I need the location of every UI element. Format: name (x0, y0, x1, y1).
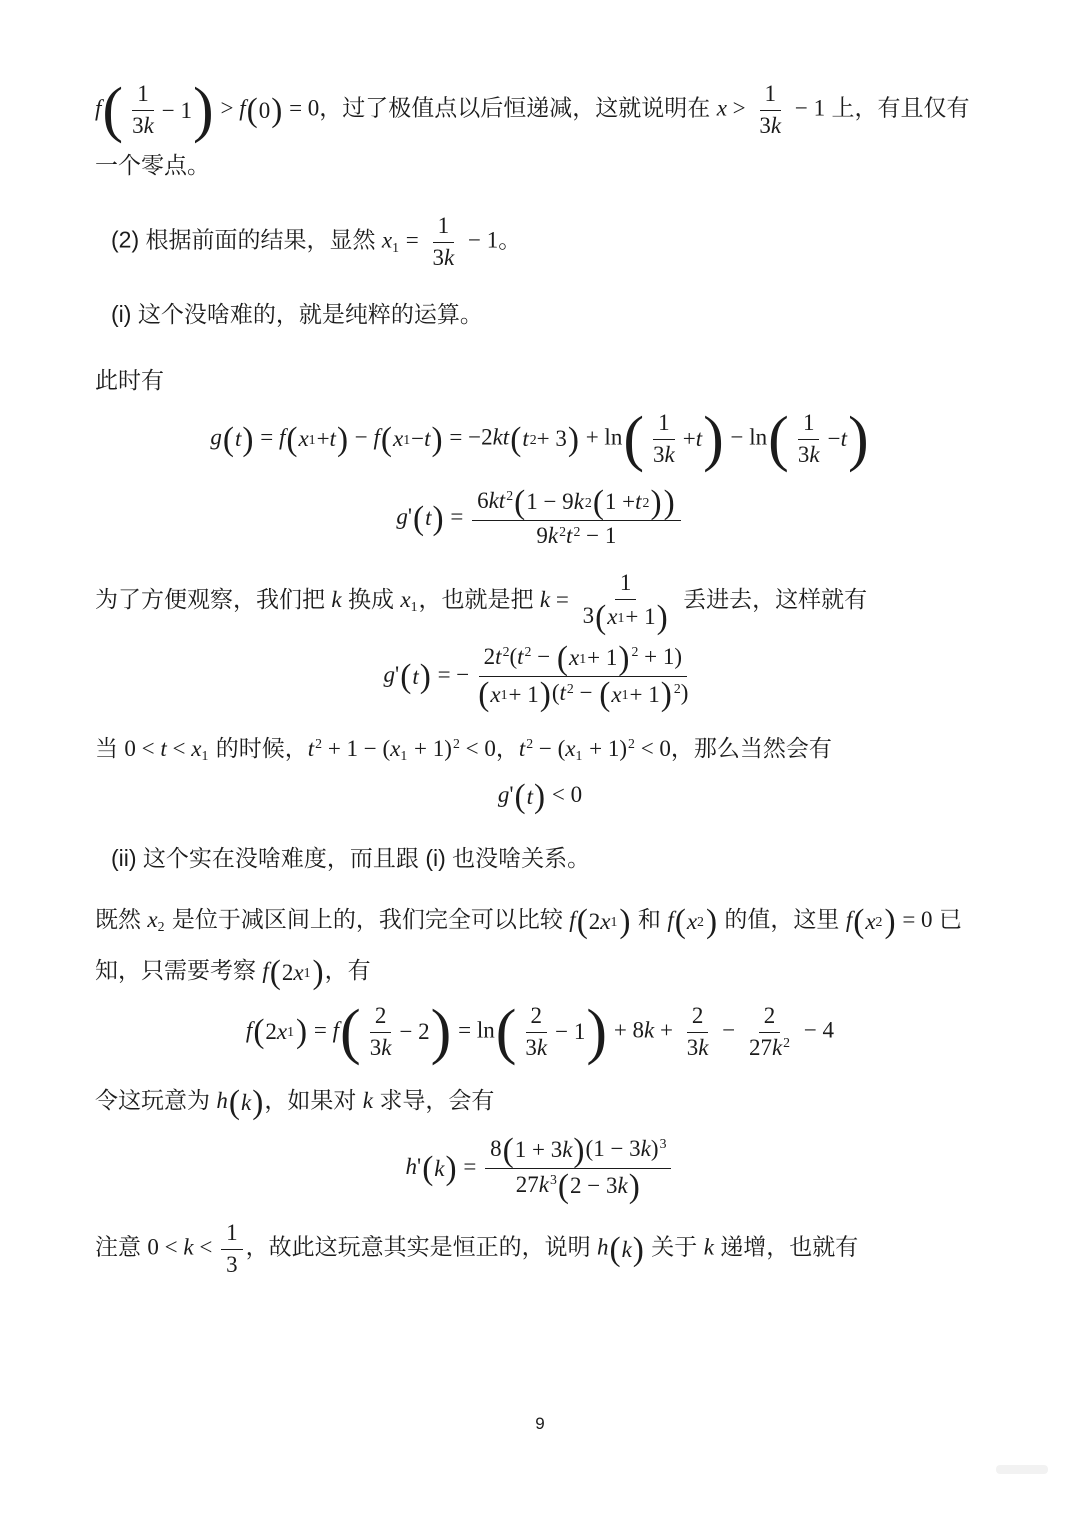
math-parentheses: (2x1) (269, 948, 325, 997)
math-superscript: 3 (660, 1136, 667, 1151)
math-fraction: 13 (221, 1219, 243, 1280)
math-superscript: 2 (674, 681, 681, 696)
equation-g-derivative: g'(t) = 6kt2(1 − 9k2(1 + t2))9k2t2 − 1 (95, 486, 985, 551)
math-variable: g (498, 782, 510, 807)
fraction-numerator: 1 (615, 569, 637, 600)
math-variable: kt (493, 425, 510, 450)
close-paren-icon: ) (336, 423, 349, 456)
fraction-denominator: 3k (365, 1033, 397, 1063)
math-run: − 1 (555, 1016, 585, 1048)
open-paren-icon: ( (495, 1006, 518, 1059)
math-variable: k (704, 1235, 714, 1260)
text-run: 丢进去，这样就有 (677, 586, 867, 612)
math-run: 3 (583, 603, 595, 628)
math-parentheses: (13k − t) (767, 409, 869, 470)
math-run: = (308, 1017, 332, 1042)
open-paren-icon: ( (222, 423, 235, 456)
fraction-denominator: (x1 + 1)(t2 − (x1 + 1)2) (472, 677, 693, 711)
text-run: ，有 (325, 957, 371, 983)
math-run: − (574, 680, 598, 705)
math-run: 3 (226, 1252, 238, 1277)
math-variable: k (363, 1088, 373, 1113)
fraction-numerator: 1 (221, 1219, 243, 1250)
paren-body: 1 + 3k (515, 1136, 573, 1165)
close-paren-icon: ) (270, 94, 283, 127)
fraction-numerator: 6kt2(1 − 9k2(1 + t2)) (472, 486, 681, 521)
math-fraction: 2t2(t2 − (x1 + 1)2 + 1)(x1 + 1)(t2 − (x1… (472, 642, 693, 712)
math-run: + 3 (537, 423, 567, 455)
math-superscript: 2 (567, 681, 574, 696)
math-run: < 0 (546, 782, 582, 807)
math-variable: x (298, 423, 308, 455)
math-parentheses: (23k − 1) (495, 1002, 608, 1063)
math-variable: h (597, 1235, 609, 1260)
math-fraction: 13k (793, 409, 825, 470)
text-run: ，故此这玩意其实是恒正的，说明 (246, 1234, 597, 1260)
paragraph-sign-analysis: 当 0 < t < x1 的时候，t2 + 1 − (x1 + 1)2 < 0，… (95, 724, 985, 773)
math-variable: k (665, 442, 675, 467)
math-subscript: 1 (501, 686, 508, 703)
text-run: 既然 (95, 906, 147, 932)
math-variable: t (522, 423, 528, 455)
math-variable: x (400, 587, 410, 612)
text-run: 换成 (342, 586, 401, 612)
paren-body: k (434, 1153, 444, 1185)
fraction-numerator: 1 (798, 409, 820, 440)
math-variable: x (382, 227, 392, 252)
math-variable: k (617, 1172, 627, 1201)
fraction-numerator: 1 (132, 80, 154, 111)
close-paren-icon: ) (617, 642, 630, 675)
math-subscript: 1 (575, 748, 582, 763)
math-run: − ( (533, 736, 565, 761)
paragraph-part2: (2) 根据前面的结果，显然 x1 = 13k − 1。 (95, 212, 985, 273)
math-subscript: 2 (876, 907, 883, 937)
open-paren-icon: ( (556, 642, 569, 675)
open-paren-icon: ( (557, 1170, 570, 1203)
math-run: 3 (687, 1035, 699, 1060)
math-parentheses: (1 − 9k2(1 + t2)) (513, 486, 676, 519)
fraction-denominator: 3k (428, 243, 460, 273)
math-run: + 1) (638, 644, 682, 669)
math-run: = 0 (283, 96, 319, 121)
open-paren-icon: ( (252, 1015, 265, 1048)
fraction-numerator: 2 (759, 1002, 781, 1033)
math-variable: x (293, 948, 303, 997)
math-parentheses: (13k − 1) (101, 80, 214, 141)
text-run: 为了方便观察，我们把 (95, 586, 331, 612)
paren-body: x1 + 1 (607, 603, 655, 632)
open-paren-icon: ( (674, 905, 687, 938)
close-paren-icon: ) (295, 1015, 308, 1048)
math-run: + 8 (608, 1017, 644, 1042)
text-run: 令这玩意为 (95, 1087, 216, 1113)
open-paren-icon: ( (477, 678, 490, 711)
math-run: (1 − 3 (586, 1136, 641, 1161)
math-parentheses: (x1 + 1) (556, 642, 631, 675)
math-run: 27 (749, 1035, 772, 1060)
paren-body: 2x1 (265, 1016, 295, 1048)
math-run: 3 (370, 1035, 382, 1060)
close-paren-icon: ) (663, 486, 676, 519)
open-paren-icon: ( (101, 84, 124, 137)
text-run: ，也就是把 (419, 586, 540, 612)
math-variable: k (183, 1235, 193, 1260)
close-paren-icon: ) (656, 601, 669, 634)
math-fraction: 23k (682, 1002, 714, 1063)
math-variable: t (560, 680, 566, 705)
math-fraction: 13k (127, 80, 159, 141)
math-run: − (828, 423, 841, 455)
paragraph-compare-values: 既然 x2 是位于减区间上的，我们完全可以比较 f(2x1) 和 f(x2) 的… (95, 895, 985, 998)
fraction-numerator: 2 (370, 1002, 392, 1033)
close-paren-icon: ) (847, 413, 870, 466)
text-run: 的值，这里 (718, 906, 846, 932)
paren-body: k (622, 1225, 632, 1274)
fraction-denominator: 3k (520, 1033, 552, 1063)
paren-body: 2 − 3k (570, 1172, 628, 1201)
paren-body: x2 (865, 897, 883, 946)
math-parentheses: (x1 + t) (285, 423, 349, 456)
math-run: + ln (580, 425, 622, 450)
close-paren-icon: ) (312, 956, 325, 989)
math-subscript: 1 (579, 650, 586, 667)
math-superscript: 2 (559, 524, 566, 539)
math-run: < (194, 1235, 218, 1260)
math-superscript: 2 (585, 494, 592, 511)
math-parentheses: (13k + t) (622, 409, 724, 470)
open-paren-icon: ( (852, 905, 865, 938)
text-run: 关于 (645, 1234, 704, 1260)
math-run: 1 + 3 (515, 1136, 562, 1165)
math-run: + 1) (583, 736, 627, 761)
math-run: 2 (764, 1003, 776, 1028)
math-superscript: 2 (530, 430, 537, 449)
math-variable: x (607, 603, 617, 632)
math-run: 3 (132, 113, 144, 138)
math-parentheses: (x1 + 1) (594, 601, 669, 634)
math-fraction: 23k (365, 1002, 397, 1063)
equation-h-derivative: h'(k) = 8(1 + 3k)(1 − 3k)327k3(2 − 3k) (95, 1134, 985, 1204)
math-run: + 1 (587, 644, 617, 673)
text-run: (2) 根据前面的结果，显然 (111, 226, 382, 252)
math-run: = (254, 425, 278, 450)
close-paren-icon: ) (705, 905, 718, 938)
math-run: 2 (484, 644, 496, 669)
math-run: − ln (725, 425, 767, 450)
math-run: 1 (765, 81, 777, 106)
math-run: − 2 (399, 1016, 429, 1048)
close-paren-icon: ) (192, 84, 215, 137)
math-run: < 0 (460, 736, 496, 761)
math-run: = −2 (444, 425, 493, 450)
math-variable: x (687, 897, 697, 946)
math-superscript: 2 (643, 494, 650, 511)
math-variable: k (622, 1225, 632, 1274)
paragraph-part-ii: (ii) 这个实在没啥难度，而且跟 (i) 也没啥关系。 (95, 834, 985, 883)
paren-body: 0 (259, 86, 271, 135)
math-run: − 1 (789, 96, 825, 121)
close-paren-icon: ) (539, 678, 552, 711)
open-paren-icon: ( (421, 1152, 434, 1185)
fraction-denominator: 3k (682, 1033, 714, 1063)
math-variable: x (191, 736, 201, 761)
close-paren-icon: ) (660, 678, 673, 711)
math-superscript: 2 (506, 488, 513, 503)
math-variable: k (644, 1017, 654, 1042)
math-variable: k (241, 1078, 251, 1127)
math-run: 0 < (147, 1235, 183, 1260)
text-run: 此时有 (95, 367, 164, 393)
math-run: 0 < (124, 736, 160, 761)
math-variable: k (381, 1035, 391, 1060)
math-parentheses: (k) (228, 1078, 264, 1127)
math-fraction: 227k2 (744, 1002, 795, 1063)
fraction-denominator: 3k (754, 111, 786, 141)
fraction-denominator: 9k2t2 − 1 (531, 521, 621, 551)
math-fraction: 6kt2(1 − 9k2(1 + t2))9k2t2 − 1 (472, 486, 681, 551)
math-run: − (531, 644, 555, 669)
math-parentheses: (x2) (674, 897, 718, 946)
paragraph-unique-zero: f(13k − 1) > f(0) = 0，过了极值点以后恒递减，这就说明在 x… (95, 80, 985, 190)
math-variable: k (331, 587, 341, 612)
math-run: 3 (433, 245, 445, 270)
math-run: + 1 (509, 681, 539, 710)
math-variable: t (517, 644, 523, 669)
math-variable: k (548, 523, 558, 548)
math-run: − 1 (580, 523, 616, 548)
scan-artifact (996, 1465, 1048, 1474)
equation-g-negative: g'(t) < 0 (95, 779, 985, 813)
math-run: < (167, 736, 191, 761)
math-parentheses: (x1 − t) (380, 423, 444, 456)
math-variable: k (562, 1136, 572, 1165)
math-fraction: 8(1 + 3k)(1 − 3k)327k3(2 − 3k) (485, 1134, 671, 1204)
math-subscript: 1 (400, 748, 407, 763)
text-run: 求导，会有 (373, 1087, 494, 1113)
close-paren-icon: ) (430, 1006, 453, 1059)
math-run: = (550, 587, 574, 612)
math-parentheses: (2 − 3k) (557, 1170, 641, 1203)
math-parentheses: (1 + t2) (592, 486, 663, 519)
open-paren-icon: ( (339, 1006, 362, 1059)
fraction-denominator: 3k (648, 440, 680, 470)
math-run: 1 + (605, 488, 635, 517)
fraction-numerator: 1 (433, 212, 455, 243)
math-run: > (727, 96, 751, 121)
open-paren-icon: ( (285, 423, 298, 456)
math-fraction: 13k (428, 212, 460, 273)
math-parentheses: (23k − 2) (339, 1002, 452, 1063)
math-run: − 1 (462, 227, 498, 252)
open-paren-icon: ( (509, 423, 522, 456)
open-paren-icon: ( (576, 905, 589, 938)
math-variable: t (566, 523, 572, 548)
math-run: 2 (282, 948, 294, 997)
text-run: 和 (632, 906, 668, 932)
text-run: 。 (498, 226, 521, 252)
math-run: > (215, 96, 239, 121)
paragraph-define-h: 令这玩意为 h(k)，如果对 k 求导，会有 (95, 1076, 985, 1127)
math-run: < 0 (635, 736, 671, 761)
open-paren-icon: ( (594, 601, 607, 634)
math-run: 1 (803, 410, 815, 435)
math-variable: g (396, 504, 408, 529)
math-superscript: 3 (550, 1172, 557, 1187)
math-parentheses: (0) (246, 86, 284, 135)
math-run: 2 (531, 1003, 543, 1028)
math-subscript: 1 (611, 907, 618, 937)
math-parentheses: (k) (421, 1152, 457, 1185)
math-fraction: 13(x1 + 1) (578, 569, 674, 634)
equation-g-derivative-sub: g'(t) = −2t2(t2 − (x1 + 1)2 + 1)(x1 + 1)… (95, 642, 985, 712)
paren-body: k (241, 1078, 251, 1127)
close-paren-icon: ) (241, 423, 254, 456)
math-run: = 0 (897, 907, 933, 932)
close-paren-icon: ) (431, 423, 444, 456)
math-variable: x (611, 681, 621, 710)
math-run: = (400, 227, 424, 252)
math-run: ( (552, 680, 560, 705)
math-variable: h (406, 1154, 418, 1179)
close-paren-icon: ) (533, 780, 546, 813)
math-variable: k (641, 1136, 651, 1161)
close-paren-icon: ) (628, 1170, 641, 1203)
math-subscript: 2 (697, 907, 704, 937)
math-variable: t (308, 736, 314, 761)
paragraph-h-increasing: 注意 0 < k < 13，故此这玩意其实是恒正的，说明 h(k) 关于 k 递… (95, 1219, 985, 1280)
math-run: 3 (525, 1035, 537, 1060)
math-parentheses: (x2) (852, 897, 896, 946)
paragraph-substitution: 为了方便观察，我们把 k 换成 x1，也就是把 k = 13(x1 + 1) 丢… (95, 569, 985, 634)
paren-body: 13k − 1 (124, 80, 192, 141)
math-superscript: 2 (453, 736, 460, 751)
open-paren-icon: ( (399, 660, 412, 693)
close-paren-icon: ) (883, 905, 896, 938)
math-parentheses: (t) (412, 502, 445, 535)
text-run: (i) 这个没啥难的，就是纯粹的运算。 (111, 301, 483, 327)
fraction-denominator: 3 (221, 1250, 243, 1280)
math-parentheses: (t) (399, 660, 432, 693)
math-run: ) (681, 680, 689, 705)
math-run: − (411, 423, 424, 455)
open-paren-icon: ( (592, 486, 605, 519)
math-run: 1 (620, 570, 632, 595)
paren-body: 23k − 2 (362, 1002, 430, 1063)
math-variable: k (574, 488, 584, 517)
text-run: 是位于减区间上的，我们完全可以比较 (166, 906, 570, 932)
paragraph-part-i: (i) 这个没啥难的，就是纯粹的运算。 (95, 290, 985, 339)
text-run: ，那么当然会有 (671, 735, 832, 761)
math-run: 9 (536, 523, 548, 548)
open-paren-icon: ( (380, 423, 393, 456)
paren-body: t2 + 3 (522, 423, 567, 455)
math-variable: x (600, 897, 610, 946)
text-run: 注意 (95, 1234, 147, 1260)
fraction-numerator: 8(1 + 3k)(1 − 3k)3 (485, 1134, 671, 1169)
math-variable: k (144, 113, 154, 138)
open-paren-icon: ( (598, 678, 611, 711)
math-variable: x (865, 897, 875, 946)
close-paren-icon: ) (702, 413, 725, 466)
open-paren-icon: ( (246, 94, 259, 127)
math-variable: x (147, 907, 157, 932)
fraction-numerator: 2 (526, 1002, 548, 1033)
math-run: 1 (226, 1220, 238, 1245)
fraction-numerator: 1 (760, 80, 782, 111)
fraction-numerator: 2t2(t2 − (x1 + 1)2 + 1) (479, 642, 687, 677)
math-subscript: 1 (304, 958, 311, 988)
paren-body: 1 − 9k2(1 + t2) (526, 486, 662, 519)
math-run: + (654, 1017, 678, 1042)
paren-body: 2x1 (282, 948, 312, 997)
open-paren-icon: ( (513, 486, 526, 519)
close-paren-icon: ) (649, 486, 662, 519)
math-variable: t (495, 644, 501, 669)
math-parentheses: (x1 + 1) (477, 678, 552, 711)
text-run: 的时候， (209, 735, 307, 761)
equation-f-2x1: f(2x1) = f(23k − 2) = ln(23k − 1) + 8k +… (95, 1002, 985, 1063)
math-variable: x (569, 644, 579, 673)
math-subscript: 1 (309, 430, 316, 449)
math-run: 6 (477, 488, 489, 513)
math-run: + 1) (408, 736, 452, 761)
paren-body: 13k + t (645, 409, 702, 470)
math-run: 8 (490, 1136, 502, 1161)
math-run: ) (651, 1136, 659, 1161)
paren-body: x2 (687, 897, 705, 946)
math-superscript: 2 (628, 736, 635, 751)
open-paren-icon: ( (514, 780, 527, 813)
math-run: − (349, 425, 373, 450)
open-paren-icon: ( (228, 1086, 241, 1119)
math-run: 27 (516, 1172, 539, 1197)
math-variable: t (519, 736, 525, 761)
math-run: 0 (259, 86, 271, 135)
math-run: + 1 (630, 681, 660, 710)
math-superscript: 2 (783, 1035, 790, 1050)
math-run: 2 (692, 1003, 704, 1028)
math-run: + 1 − ( (322, 736, 390, 761)
math-subscript: 2 (158, 919, 165, 934)
math-subscript: 1 (392, 240, 399, 255)
paren-body: 2x1 (589, 897, 619, 946)
math-run: 2 (589, 897, 601, 946)
math-parentheses: (2x1) (576, 897, 632, 946)
close-paren-icon: ) (419, 660, 432, 693)
close-paren-icon: ) (632, 1233, 645, 1266)
math-subscript: 1 (622, 686, 629, 703)
text-run: (ii) 这个实在没啥难度，而且跟 (i) 也没啥关系。 (111, 845, 590, 871)
math-parentheses: (t) (222, 423, 255, 456)
document-page: f(13k − 1) > f(0) = 0，过了极值点以后恒递减，这就说明在 x… (0, 0, 1080, 1528)
text-run: ，如果对 (264, 1087, 362, 1113)
math-variable: x (717, 96, 727, 121)
math-run: 1 (137, 81, 149, 106)
math-subscript: 1 (287, 1022, 294, 1041)
math-variable: x (393, 423, 403, 455)
fraction-numerator: 1 (653, 409, 675, 440)
math-variable: kt (489, 488, 506, 513)
math-variable: h (216, 1088, 228, 1113)
close-paren-icon: ) (585, 1006, 608, 1059)
paren-body: x1 − t (393, 423, 431, 455)
math-fraction: 13k (754, 80, 786, 141)
math-run: − 4 (798, 1017, 834, 1042)
math-parentheses: (t2 + 3) (509, 423, 580, 456)
math-run: 1 (658, 410, 670, 435)
math-run: 1 − 9 (526, 488, 573, 517)
